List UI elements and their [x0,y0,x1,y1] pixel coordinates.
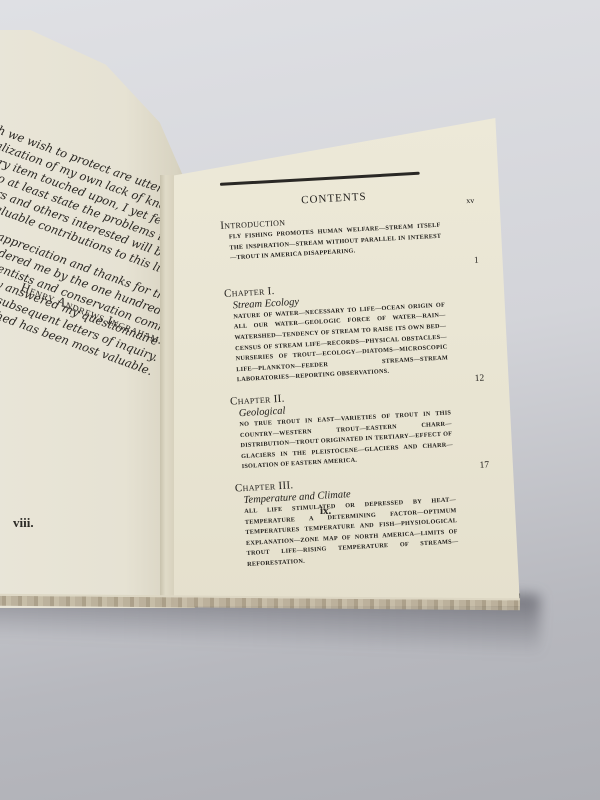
toc-entry-description: Nature of water—necessary to life—ocean … [233,300,449,386]
toc-entry-description: No true trout in east—varieties of trout… [239,408,454,473]
toc-entry-introduction: xv Introduction Fly fishing promotes hum… [220,207,448,278]
preface-text: at the fish we wish to protect are utter… [0,108,176,365]
toc-page-number: xv [466,196,474,205]
toc-entry-chapter-2: 12 Chapter II. Geological No true trout … [230,383,459,473]
toc-entry-description: All life stimulated or depressed by heat… [244,495,459,570]
toc-page-number: 12 [474,373,484,384]
toc-page-number: 17 [479,460,489,471]
toc-entry-chapter-3: 17 Chapter III. Temperature and Climate … [235,470,465,571]
toc-entry-chapter-1: Chapter I. Stream Ecology Nature of wate… [224,275,454,387]
left-page-number: viii. [13,515,34,531]
table-of-contents: CONTENTS xv Introduction Fly fishing pro… [218,172,464,570]
book-gutter [160,175,174,605]
right-page-number: ix. [320,505,331,517]
contents-heading: CONTENTS [239,187,429,210]
